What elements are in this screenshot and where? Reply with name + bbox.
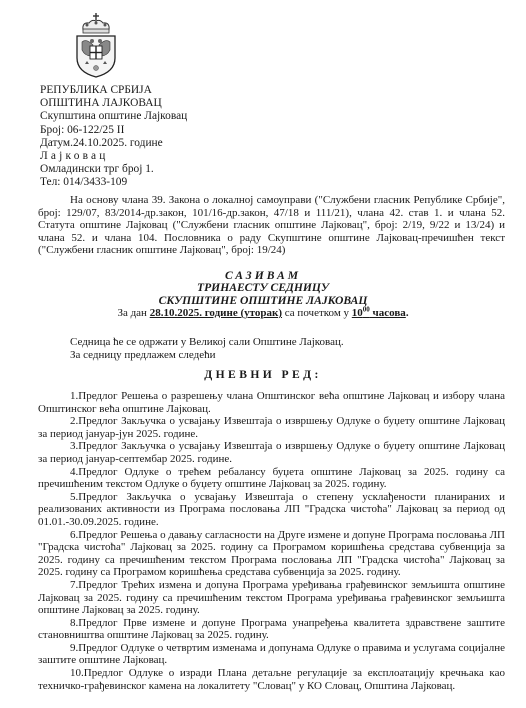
agenda-item: 6.Предлог Решења о давању сагласности на…	[38, 529, 505, 579]
session-end: .	[406, 307, 409, 319]
letterhead-phone: Тел: 014/3433-109	[40, 176, 187, 189]
session-suffix: часова	[370, 307, 406, 319]
agenda-item: 8.Предлог Прве измене и допуне Програма …	[38, 617, 505, 642]
session-prefix: За дан	[117, 307, 149, 319]
agenda-intro: За седницу предлажем следећи	[70, 349, 344, 362]
agenda-title: ДНЕВНИ РЕД:	[0, 368, 526, 381]
letterhead-number: Број: 06-122/25 II	[40, 124, 187, 137]
legal-basis: На основу члана 39. Закона о локалној са…	[38, 194, 505, 257]
title-line-2: ТРИНАЕСТУ СЕДНИЦУ	[0, 282, 526, 294]
letterhead-assembly: Скупштина општине Лајковац	[40, 110, 187, 123]
letterhead-city: Лајковац	[40, 150, 187, 163]
letterhead-date: Датум.24.10.2025. године	[40, 137, 187, 150]
session-date-line: За дан 28.10.2025. године (уторак) са по…	[0, 307, 526, 320]
coat-of-arms-icon	[74, 12, 118, 78]
agenda-item: 10.Предлог Одлуке о изради Плана детаљне…	[38, 667, 505, 692]
document-page: РЕПУБЛИКА СРБИЈА ОПШТИНА ЛАЈКОВАЦ Скупшт…	[0, 0, 526, 708]
agenda-item: 4.Предлог Одлуке о трећем ребалансу буџе…	[38, 466, 505, 491]
session-hour: 10	[352, 307, 363, 319]
agenda-item: 1.Предлог Решења о разрешењу члана Општи…	[38, 390, 505, 415]
session-location: Седница ће се одржати у Великој сали Опш…	[70, 336, 344, 349]
legal-basis-text: На основу члана 39. Закона о локалној са…	[38, 194, 505, 257]
letterhead-country: РЕПУБЛИКА СРБИЈА	[40, 84, 187, 97]
session-middle: са почетком у	[285, 307, 352, 319]
letterhead-municipality: ОПШТИНА ЛАЈКОВАЦ	[40, 97, 187, 110]
agenda-list: 1.Предлог Решења о разрешењу члана Општи…	[38, 390, 505, 692]
session-notes: Седница ће се одржати у Великој сали Опш…	[70, 336, 344, 363]
session-time: 1000 часова	[352, 307, 406, 319]
agenda-item: 3.Предлог Закључка о усвајању Извештаја …	[38, 440, 505, 465]
letterhead-address: Омладински трг број 1.	[40, 163, 187, 176]
session-date: 28.10.2025. године (уторак)	[150, 307, 282, 319]
agenda-item: 2.Предлог Закључка о усвајању Извештаја …	[38, 415, 505, 440]
convocation-title: САЗИВАМ ТРИНАЕСТУ СЕДНИЦУ СКУПШТИНЕ ОПШТ…	[0, 270, 526, 307]
agenda-item: 7.Предлог Трећих измена и допуна Програм…	[38, 579, 505, 617]
agenda-item: 5.Предлог Закључка о усвајању Извештаја …	[38, 491, 505, 529]
session-minutes: 00	[363, 305, 370, 313]
agenda-item: 9.Предлог Одлуке о четвртим изменама и д…	[38, 642, 505, 667]
letterhead: РЕПУБЛИКА СРБИЈА ОПШТИНА ЛАЈКОВАЦ Скупшт…	[40, 84, 187, 190]
title-line-3: СКУПШТИНЕ ОПШТИНЕ ЛАЈКОВАЦ	[0, 295, 526, 307]
